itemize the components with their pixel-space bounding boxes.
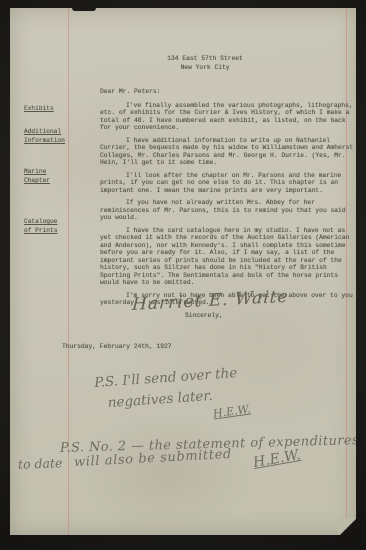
margin-note-exhibits: Exhibits xyxy=(24,104,70,113)
margin-note-marine-chapter: Marine Chapter xyxy=(24,167,70,185)
margin-note-line: Additional xyxy=(24,127,70,136)
paragraph-reminiscences: If you have not already written Mrs. Abb… xyxy=(100,199,356,222)
postscript-2-margin-word: to date xyxy=(18,455,63,472)
margin-note-line: Marine xyxy=(24,167,70,176)
letterhead: 134 East 57th Street New York City xyxy=(100,55,310,72)
margin-note-line: Exhibits xyxy=(24,104,70,113)
margin-note-line: of Prints xyxy=(24,226,70,235)
margin-note-line: Information xyxy=(24,136,70,145)
address-line-2: New York City xyxy=(100,64,310,73)
paragraph-exhibits: I've finally assembled the various photo… xyxy=(100,102,356,132)
paragraph-additional-information: I have additional information to write u… xyxy=(100,137,356,167)
folded-corner xyxy=(339,518,356,535)
closing: Sincerely, xyxy=(185,312,356,320)
paragraph-marine-chapter: I'll look after the chapter on Mr. Parso… xyxy=(100,172,356,195)
margin-note-catalogue-of-prints: Catalogue of Prints xyxy=(24,217,70,235)
letter-page: 134 East 57th Street New York City Exhib… xyxy=(10,8,356,535)
left-margin-rule xyxy=(68,8,69,535)
margin-note-additional-information: Additional Information xyxy=(24,127,70,145)
paper-edge-notch xyxy=(72,8,96,11)
address-line-1: 134 East 57th Street xyxy=(100,55,310,64)
salutation: Dear Mr. Peters: xyxy=(100,88,356,96)
margin-note-line: Chapter xyxy=(24,176,70,185)
date-line: Thursday, February 24th, 1927 xyxy=(62,343,172,350)
margin-note-line: Catalogue xyxy=(24,217,70,226)
paragraph-catalogue-of-prints: I have the card catalogue here in my stu… xyxy=(100,227,356,287)
